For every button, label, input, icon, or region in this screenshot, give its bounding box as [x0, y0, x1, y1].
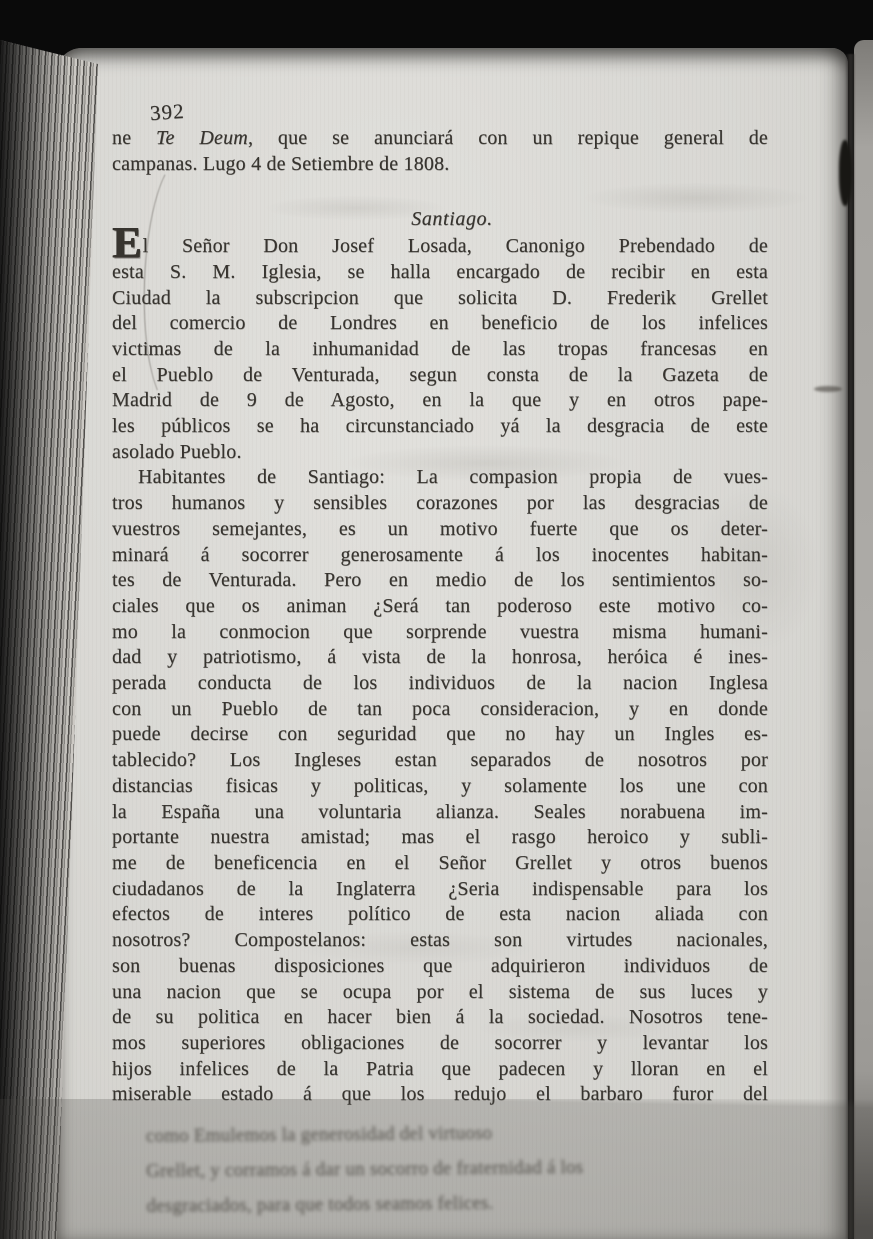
text-line: del comercio de Londres en beneficio de … — [112, 311, 768, 337]
text-line: Habitantes de Santiago: La compasion pro… — [112, 465, 768, 491]
text-line: nosotros? Compostelanos: estas son virtu… — [112, 928, 768, 954]
text-line: miserable estado á que los redujo el bar… — [112, 1082, 768, 1108]
latin-phrase-italic: Te Deum — [156, 127, 248, 149]
section-heading: Santiago. — [124, 207, 780, 233]
text-line: minará á socorrer generosamente á los in… — [112, 543, 768, 569]
paragraph-appeal: Habitantes de Santiago: La compasion pro… — [112, 465, 768, 1108]
text-line: distancias fisicas y politicas, y solame… — [112, 774, 768, 800]
opening-text-pre: ne — [112, 127, 156, 149]
text-line: ciales que os animan ¿Será tan poderoso … — [112, 594, 768, 620]
text-line: son buenas disposiciones que adquirieron… — [112, 954, 768, 980]
text-line: perada conducta de los individuos de la … — [112, 671, 768, 697]
ink-blot-mark — [839, 140, 852, 206]
text-line: efectos de interes político de esta naci… — [112, 902, 768, 928]
first-line-text: l Señor Don Josef Losada, Canonigo Prebe… — [143, 235, 768, 257]
text-line: ciudadanos de la Inglaterra ¿Seria indis… — [112, 877, 768, 903]
text-line: de su politica en hacer bien á la socied… — [112, 1005, 768, 1031]
text-line: una nacion que se ocupa por el sistema d… — [112, 980, 768, 1006]
text-line: dad y patriotismo, á vista de la honrosa… — [112, 645, 768, 671]
text-line: como Emulemos la generosidad del virtuos… — [146, 1113, 746, 1153]
ghost-lines: como Emulemos la generosidad del virtuos… — [146, 1113, 747, 1223]
text-line: con un Pueblo de tan poca consideracion,… — [112, 697, 768, 723]
small-smudge-mark — [814, 386, 842, 392]
text-line: tes de Venturada. Pero en medio de los s… — [112, 568, 768, 594]
text-line: les públicos se ha circunstanciado yá la… — [112, 414, 768, 440]
text-line: mo la conmocion que sorprende vuestra mi… — [112, 620, 768, 646]
text-line: Grellet, y corramos á dar un socorro de … — [146, 1148, 746, 1188]
opening-text-post: , que se anunciará con un repique genera… — [248, 127, 768, 149]
adjacent-page-edge — [854, 40, 873, 1239]
text-line: el Pueblo de Venturada, segun consta de … — [112, 363, 768, 389]
text-line: mos superiores obligaciones de socorrer … — [112, 1031, 768, 1057]
opening-paragraph: ne Te Deum, que se anunciará con un repi… — [112, 126, 768, 177]
book-gutter-shadow — [845, 54, 855, 1239]
text-line: portante nuestra amistad; mas el rasgo h… — [112, 825, 768, 851]
text-line: hijos infelices de la Patria que padecen… — [112, 1057, 768, 1083]
text-line: me de beneficencia en el Señor Grellet y… — [112, 851, 768, 877]
book-scan: 392 ne Te Deum, que se anunciará con un … — [0, 0, 873, 1239]
text-line: victimas de la inhumanidad de las tropas… — [112, 337, 768, 363]
text-line: desgraciados, para que todos seamos feli… — [146, 1183, 746, 1223]
text-line: puede decirse con seguridad que no hay u… — [112, 722, 768, 748]
text-line: asolado Pueblo. — [112, 440, 768, 466]
text-line: ne Te Deum, que se anunciará con un repi… — [112, 126, 768, 152]
ghost-showthrough-text: como Emulemos la generosidad del virtuos… — [112, 1113, 747, 1224]
ornamental-initial: E — [112, 238, 142, 248]
text-line: Madrid de 9 de Agosto, en la que y en ot… — [112, 388, 768, 414]
text-line: vuestros semejantes, es un motivo fuerte… — [112, 517, 768, 543]
text-line: la España una voluntaria alianza. Seales… — [112, 800, 768, 826]
paragraph-lines: Habitantes de Santiago: La compasion pro… — [112, 465, 768, 1108]
text-line: campanas. Lugo 4 de Setiembre de 1808. — [112, 152, 768, 178]
text-line: tablecido? Los Ingleses estan separados … — [112, 748, 768, 774]
text-line: tros humanos y sensibles corazones por l… — [112, 491, 768, 517]
page-number: 392 — [149, 99, 185, 126]
